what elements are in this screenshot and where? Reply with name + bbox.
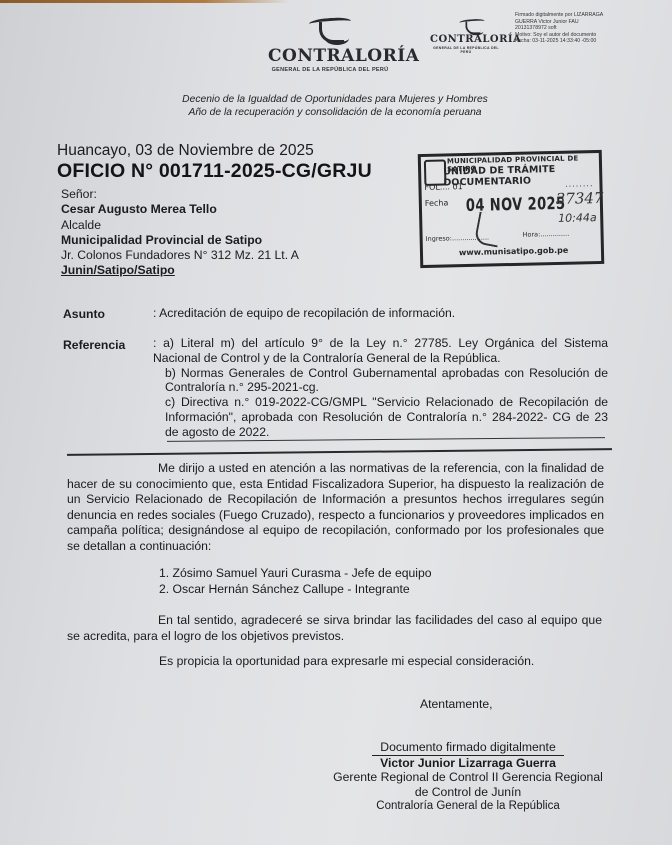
contraloria-logo-small: CONTRALORÍA GENERAL DE LA REPÚBLICA DEL …: [430, 18, 502, 54]
addressee-block: Señor: Cesar Augusto Merea Tello Alcalde…: [61, 187, 299, 279]
document-page: CONTRALORÍA GENERAL DE LA REPÚBLICA DEL …: [0, 0, 672, 845]
paragraph-3: Es propicia la oportunidad para expresar…: [159, 654, 534, 668]
team-list: 1. Zósimo Samuel Yauri Curasma - Jefe de…: [159, 566, 432, 597]
signer-title-1: Gerente Regional de Control II Gerencia …: [318, 770, 618, 785]
contraloria-emblem-icon: [457, 18, 475, 29]
body-text: Me dirijo a usted en atención a las norm…: [67, 461, 604, 554]
digital-signature-note: Documento firmado digitalmente: [372, 740, 563, 756]
stamp-folio: FOL.... 01: [424, 182, 462, 192]
addressee-name: Cesar Augusto Merea Tello: [61, 202, 299, 217]
logo-subtitle: GENERAL DE LA REPÚBLICA DEL PERÚ: [268, 67, 392, 73]
stamp-date-label: Fecha: [425, 198, 449, 208]
reference-item: c) Directiva n.° 019-2022-CG/GMPL "Servi…: [153, 395, 608, 439]
addressee-address: Jr. Colonos Fundadores N° 312 Mz. 21 Lt.…: [61, 248, 299, 263]
stamp-hora: Hora:..............: [522, 230, 569, 239]
sig-line: GUERRA Victor Junior FAU: [515, 19, 645, 26]
signature-block: Documento firmado digitalmente Victor Ju…: [318, 740, 618, 814]
body-paragraph: Me dirijo a usted en atención a las norm…: [67, 461, 604, 554]
reception-stamp: MUNICIPALIDAD PROVINCIAL DE SATIPO UNIDA…: [418, 150, 605, 268]
logo-name-small: CONTRALORÍA: [430, 34, 502, 45]
subject-label: Asunto: [63, 307, 105, 321]
salutation: Señor:: [61, 187, 299, 202]
stamp-time: 10:44a: [558, 211, 597, 225]
reference-item: : a) Literal m) del artículo 9° de la Le…: [153, 336, 608, 366]
contraloria-emblem-icon: [305, 16, 355, 46]
signer-name: Victor Junior Lizarraga Guerra: [318, 756, 618, 771]
year-motto: Decenio de la Igualdad de Oportunidades …: [150, 94, 520, 119]
signer-organization: Contraloría General de la República: [318, 799, 618, 814]
motto-line-2: Año de la recuperación y consolidación d…: [150, 107, 520, 120]
sig-line: Fecha: 03-11-2025 14:33:40 -05:00: [515, 38, 645, 45]
team-member: 2. Oscar Hernán Sánchez Callupe - Integr…: [159, 582, 432, 598]
divider: [67, 448, 612, 455]
digital-signature-info: Firmado digitalmente por LIZARRAGA GUERR…: [515, 12, 645, 45]
logo-name: CONTRALORÍA: [268, 46, 392, 66]
stamp-ingreso: Ingreso:..................: [426, 234, 490, 243]
reference-item: b) Normas Generales de Control Gubername…: [153, 366, 608, 396]
reference-list: : a) Literal m) del artículo 9° de la Le…: [153, 336, 608, 440]
contraloria-logo-main: CONTRALORÍA GENERAL DE LA REPÚBLICA DEL …: [268, 16, 392, 73]
sig-line: Firmado digitalmente por LIZARRAGA: [515, 12, 645, 19]
signer-title-2: de Control de Junín: [318, 785, 618, 800]
addressee-location: Junin/Satipo/Satipo: [61, 263, 299, 278]
reference-label: Referencia: [63, 338, 125, 352]
handwritten-signature-icon: [474, 212, 504, 248]
stamp-registry-number: 37347: [556, 189, 604, 208]
stamp-website: www.munisatipo.gob.pe: [459, 246, 568, 257]
logo-subtitle-small: GENERAL DE LA REPÚBLICA DEL PERÚ: [430, 46, 502, 54]
closing: Atentamente,: [420, 697, 493, 711]
subject-text: : Acreditación de equipo de recopilación…: [153, 306, 455, 320]
motto-line-1: Decenio de la Igualdad de Oportunidades …: [150, 94, 520, 107]
sig-line: Motivo: Soy el autor del documento: [515, 32, 645, 39]
paragraph-2-text: En tal sentido, agradeceré se sirva brin…: [67, 613, 602, 644]
sig-line: 20131378972 soft: [515, 25, 645, 32]
paragraph-2: En tal sentido, agradeceré se sirva brin…: [67, 613, 602, 644]
stamp-dots: ........: [565, 179, 594, 189]
team-member: 1. Zósimo Samuel Yauri Curasma - Jefe de…: [159, 566, 432, 582]
place-date: Huancayo, 03 de Noviembre de 2025: [57, 142, 314, 160]
addressee-position: Alcalde: [61, 218, 299, 233]
addressee-entity: Municipalidad Provincial de Satipo: [61, 233, 299, 248]
oficio-number: OFICIO N° 001711-2025-CG/GRJU: [57, 160, 372, 183]
